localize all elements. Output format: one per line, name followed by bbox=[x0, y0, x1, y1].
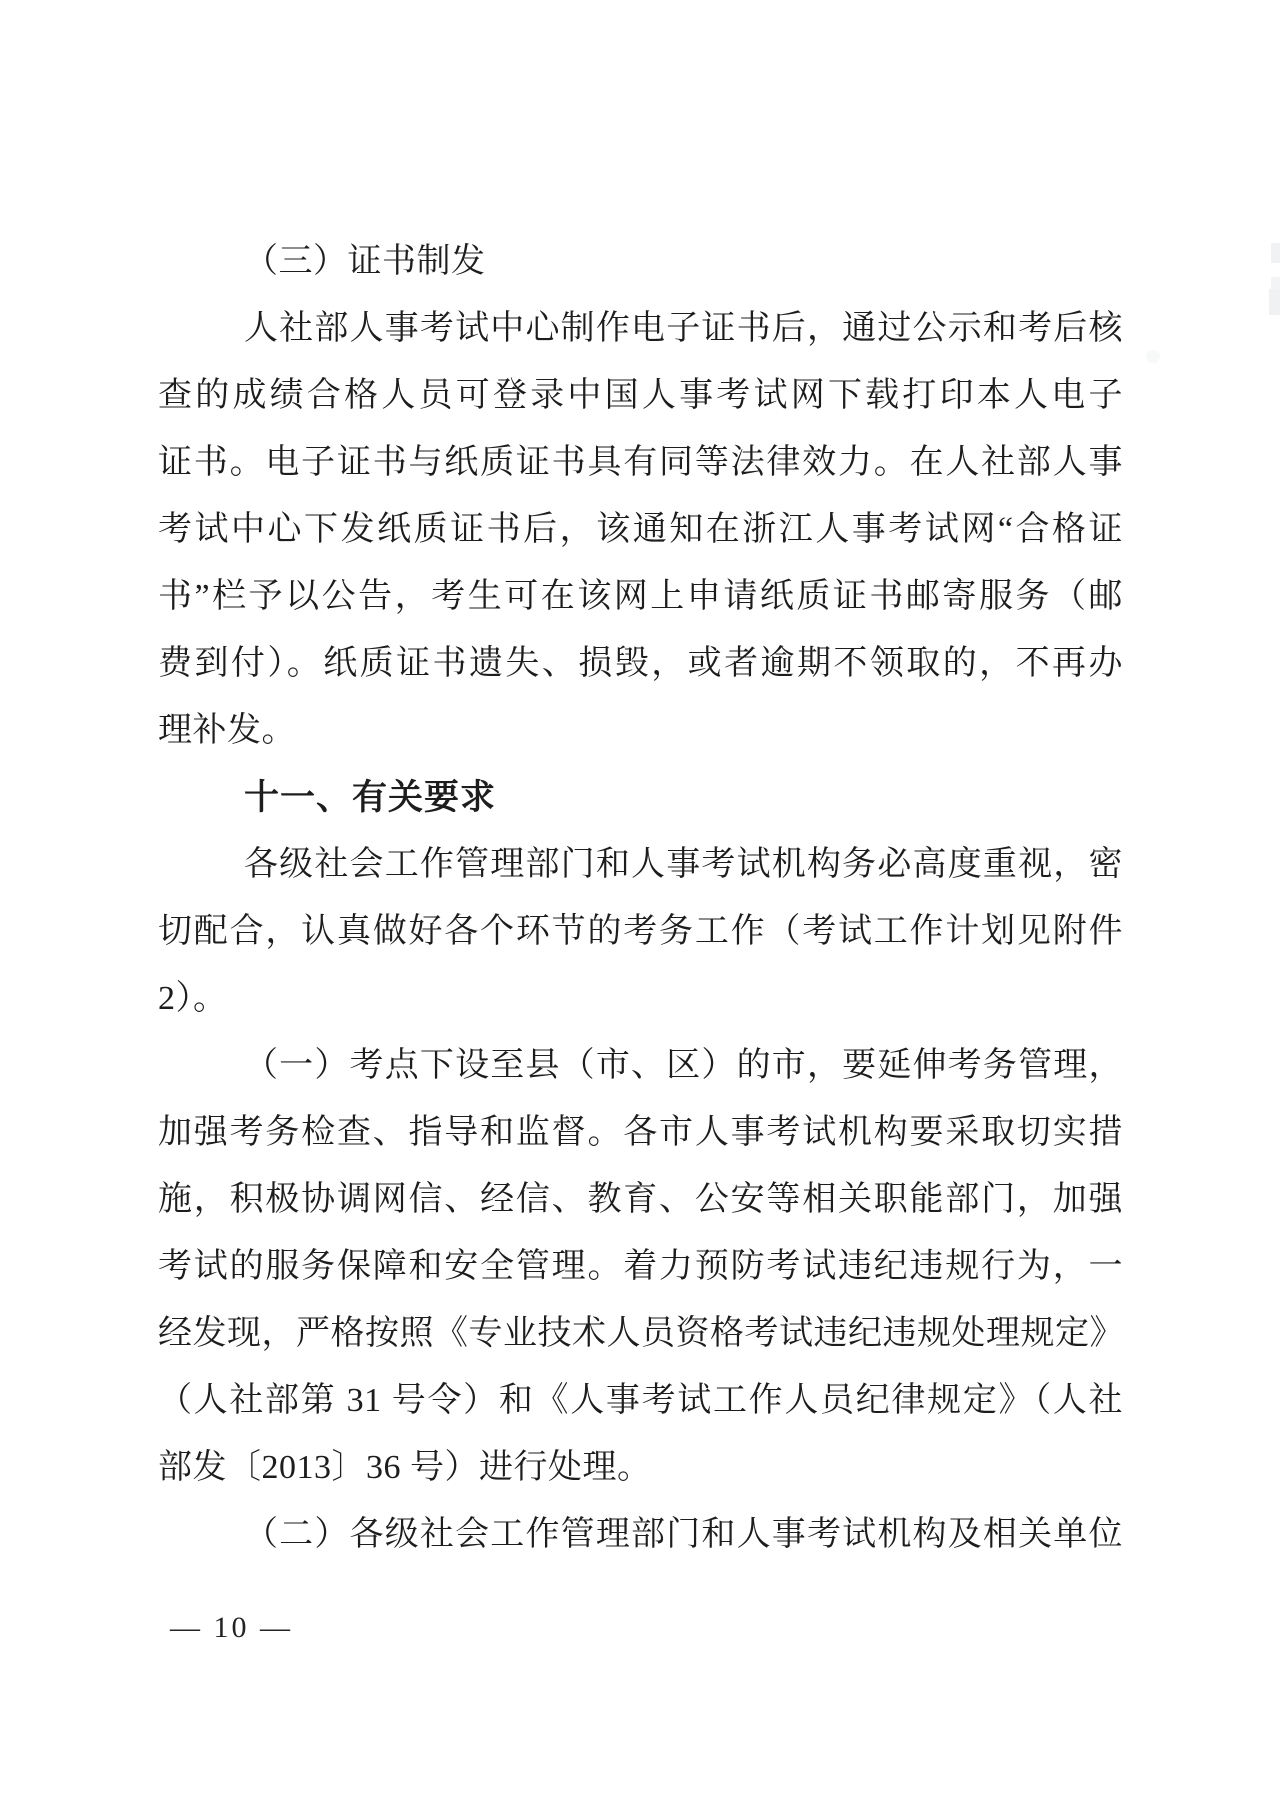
page-number: — 10 — bbox=[170, 1606, 293, 1650]
text-line: 经发现，严格按照《专业技术人员资格考试违纪违规处理规定》 bbox=[158, 1300, 1123, 1367]
scan-artifact bbox=[1271, 243, 1280, 263]
text-line: 加强考务检查、指导和监督。各市人事考试机构要采取切实措 bbox=[158, 1099, 1123, 1166]
text-line: 人社部人事考试中心制作电子证书后，通过公示和考后核 bbox=[158, 295, 1123, 362]
scan-artifact bbox=[1269, 289, 1280, 315]
text-line: 费到付）。纸质证书遗失、损毁，或者逾期不领取的，不再办 bbox=[158, 630, 1123, 697]
scanned-document-page: { "document": { "section3_heading": "（三）… bbox=[0, 0, 1280, 1809]
text-line: 切配合，认真做好各个环节的考务工作（考试工作计划见附件 bbox=[158, 898, 1123, 965]
text-line: 书”栏予以公告，考生可在该网上申请纸质证书邮寄服务（邮 bbox=[158, 563, 1123, 630]
text-line: （一）考点下设至县（市、区）的市，要延伸考务管理， bbox=[158, 1032, 1123, 1099]
text-line: 查的成绩合格人员可登录中国人事考试网下载打印本人电子 bbox=[158, 362, 1123, 429]
text-line: 考试中心下发纸质证书后，该通知在浙江人事考试网“合格证 bbox=[158, 496, 1123, 563]
section-heading-certificate-issuance: （三）证书制发 bbox=[158, 228, 1123, 295]
document-body: （三）证书制发 人社部人事考试中心制作电子证书后，通过公示和考后核 查的成绩合格… bbox=[158, 228, 1123, 1568]
scan-artifact bbox=[1146, 350, 1160, 363]
text-line: （二）各级社会工作管理部门和人事考试机构及相关单位 bbox=[158, 1501, 1123, 1568]
text-line: 证书。电子证书与纸质证书具有同等法律效力。在人社部人事 bbox=[158, 429, 1123, 496]
text-line: 施，积极协调网信、经信、教育、公安等相关职能部门，加强 bbox=[158, 1166, 1123, 1233]
text-line: 2）。 bbox=[158, 965, 1123, 1032]
text-line: 理补发。 bbox=[158, 697, 1123, 764]
scan-artifact bbox=[1271, 277, 1280, 289]
text-line: 部发〔2013〕36 号）进行处理。 bbox=[158, 1434, 1123, 1501]
section-heading-requirements: 十一、有关要求 bbox=[158, 764, 1123, 831]
text-line: 各级社会工作管理部门和人事考试机构务必高度重视，密 bbox=[158, 831, 1123, 898]
text-line: 考试的服务保障和安全管理。着力预防考试违纪违规行为，一 bbox=[158, 1233, 1123, 1300]
text-line: （人社部第 31 号令）和《人事考试工作人员纪律规定》（人社 bbox=[158, 1367, 1123, 1434]
